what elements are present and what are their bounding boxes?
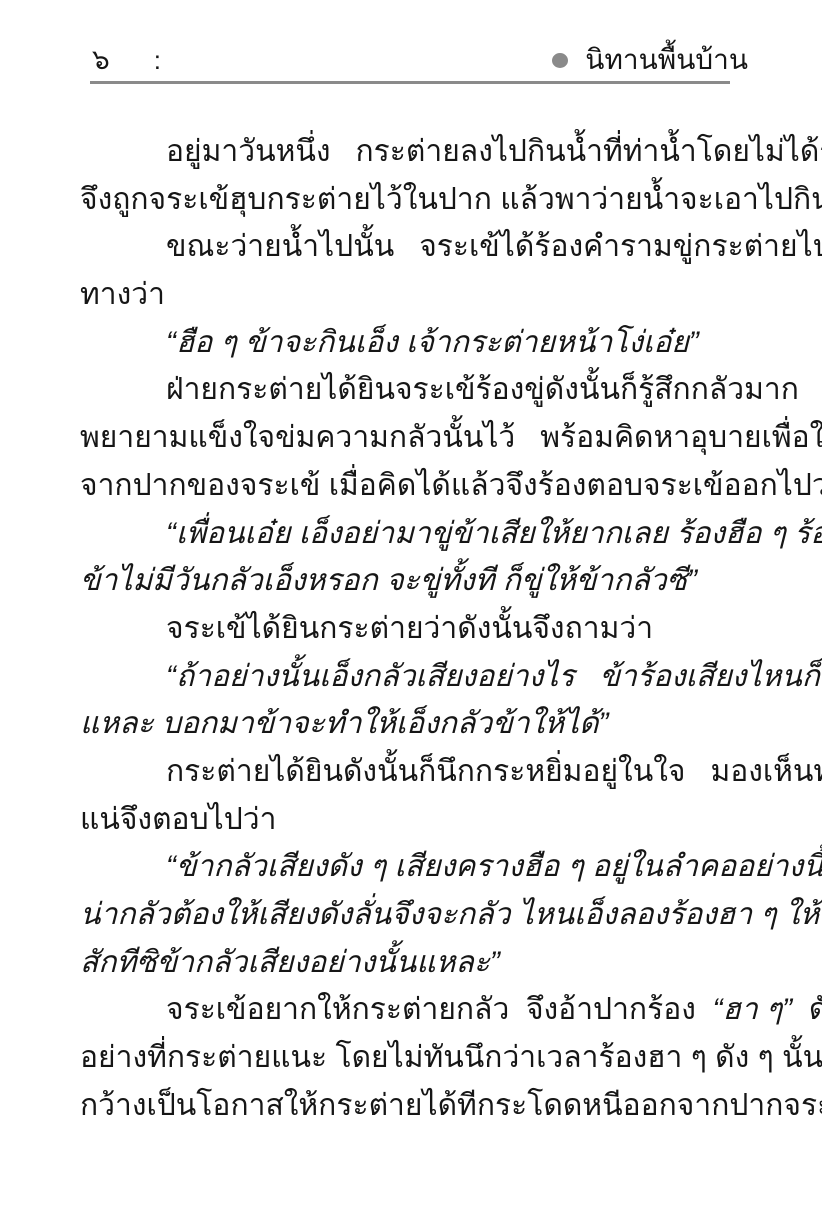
text-line: “ถ้าอย่างนั้นเอ็งกลัวเสียงอย่างไร ข้าร้อ…: [80, 653, 752, 701]
text-line: กระต่ายได้ยินดังนั้นก็นึกกระหยิ่มอยู่ในใ…: [80, 748, 752, 796]
narration-text: ดังสนั่น: [792, 993, 822, 1026]
narration-text: ทางว่า: [80, 278, 165, 311]
text-line: ขณะว่ายน้ำไปนั้น จระเข้ได้ร้องคำรามขู่กร…: [80, 223, 752, 271]
text-line: พยายามแข็งใจข่มความกลัวนั้นไว้ พร้อมคิดห…: [80, 414, 752, 462]
narration-text: ขณะว่ายน้ำไปนั้น จระเข้ได้ร้องคำรามขู่กร…: [166, 230, 822, 263]
narration-text: อยู่มาวันหนึ่ง กระต่ายลงไปกินน้ำที่ท่าน้…: [166, 135, 822, 168]
dialogue-text: ข้าไม่มีวันกลัวเอ็งหรอก จะขู่ทั้งที ก็ขู…: [80, 564, 697, 597]
header-separator: :: [154, 47, 161, 73]
header-rule: [90, 81, 730, 84]
text-line: จระเข้อยากให้กระต่ายกลัว จึงอ้าปากร้อง “…: [80, 986, 752, 1034]
page-header: ๖ : นิทานพื้นบ้าน: [92, 42, 748, 78]
text-line: จระเข้ได้ยินกระต่ายว่าดังนั้นจึงถามว่า: [80, 605, 752, 653]
narration-text: อย่างที่กระต่ายแนะ โดยไม่ทันนึกว่าเวลาร้…: [80, 1041, 822, 1074]
running-head-title: นิทานพื้นบ้าน: [585, 46, 748, 74]
narration-text: จระเข้ได้ยินกระต่ายว่าดังนั้นจึงถามว่า: [166, 612, 653, 645]
narration-text: จากปากของจระเข้ เมื่อคิดได้แล้วจึงร้องตอ…: [80, 469, 822, 502]
bullet-circle-icon: [552, 53, 568, 68]
text-line: กว้างเป็นโอกาสให้กระต่ายได้ทีกระโดดหนีออ…: [80, 1082, 752, 1130]
dialogue-text: “เพื่อนเอ๋ย เอ็งอย่ามาขู่ข้าเสียให้ยากเล…: [166, 517, 822, 550]
narration-text: จึงถูกจระเข้ฮุบกระต่ายไว้ในปาก แล้วพาว่า…: [80, 183, 822, 216]
dialogue-text: แหละ บอกมาข้าจะทำให้เอ็งกลัวข้าให้ได้”: [80, 707, 609, 740]
book-page: ๖ : นิทานพื้นบ้าน อยู่มาวันหนึ่ง กระต่าย…: [0, 0, 822, 1220]
narration-text: พยายามแข็งใจข่มความกลัวนั้นไว้ พร้อมคิดห…: [80, 421, 822, 454]
dialogue-text: “ข้ากลัวเสียงดัง ๆ เสียงครางฮือ ๆ อยู่ใน…: [166, 850, 822, 883]
dialogue-text: สักทีซิข้ากลัวเสียงอย่างนั้นแหละ”: [80, 946, 500, 979]
text-line: แน่จึงตอบไปว่า: [80, 796, 752, 844]
narration-text: กระต่ายได้ยินดังนั้นก็นึกกระหยิ่มอยู่ในใ…: [166, 755, 822, 788]
text-line: อย่างที่กระต่ายแนะ โดยไม่ทันนึกว่าเวลาร้…: [80, 1034, 752, 1082]
text-line: จึงถูกจระเข้ฮุบกระต่ายไว้ในปาก แล้วพาว่า…: [80, 176, 752, 224]
text-line: “ฮือ ๆ ข้าจะกินเอ็ง เจ้ากระต่ายหน้าโง่เอ…: [80, 319, 752, 367]
narration-text: ฝ่ายกระต่ายได้ยินจระเข้ร้องขู่ดังนั้นก็ร…: [166, 373, 822, 406]
text-line: แหละ บอกมาข้าจะทำให้เอ็งกลัวข้าให้ได้”: [80, 700, 752, 748]
text-line: ฝ่ายกระต่ายได้ยินจระเข้ร้องขู่ดังนั้นก็ร…: [80, 366, 752, 414]
story-body: อยู่มาวันหนึ่ง กระต่ายลงไปกินน้ำที่ท่าน้…: [80, 128, 752, 1129]
text-line: อยู่มาวันหนึ่ง กระต่ายลงไปกินน้ำที่ท่าน้…: [80, 128, 752, 176]
text-line: จากปากของจระเข้ เมื่อคิดได้แล้วจึงร้องตอ…: [80, 462, 752, 510]
text-line: “ข้ากลัวเสียงดัง ๆ เสียงครางฮือ ๆ อยู่ใน…: [80, 843, 752, 891]
narration-text: กว้างเป็นโอกาสให้กระต่ายได้ทีกระโดดหนีออ…: [80, 1089, 822, 1122]
dialogue-text: “ฮือ ๆ ข้าจะกินเอ็ง เจ้ากระต่ายหน้าโง่เอ…: [166, 326, 699, 359]
page-number: ๖: [92, 46, 110, 74]
dialogue-text: “ถ้าอย่างนั้นเอ็งกลัวเสียงอย่างไร ข้าร้อ…: [166, 660, 822, 693]
text-line: ข้าไม่มีวันกลัวเอ็งหรอก จะขู่ทั้งที ก็ขู…: [80, 557, 752, 605]
narration-text: จระเข้อยากให้กระต่ายกลัว จึงอ้าปากร้อง: [166, 993, 713, 1026]
text-line: สักทีซิข้ากลัวเสียงอย่างนั้นแหละ”: [80, 939, 752, 987]
text-line: ทางว่า: [80, 271, 752, 319]
dialogue-text: น่ากลัวต้องให้เสียงดังลั่นจึงจะกลัว ไหนเ…: [80, 898, 822, 931]
text-line: น่ากลัวต้องให้เสียงดังลั่นจึงจะกลัว ไหนเ…: [80, 891, 752, 939]
dialogue-text: “ฮา ๆ”: [713, 993, 793, 1026]
text-line: “เพื่อนเอ๋ย เอ็งอย่ามาขู่ข้าเสียให้ยากเล…: [80, 510, 752, 558]
narration-text: แน่จึงตอบไปว่า: [80, 803, 276, 836]
